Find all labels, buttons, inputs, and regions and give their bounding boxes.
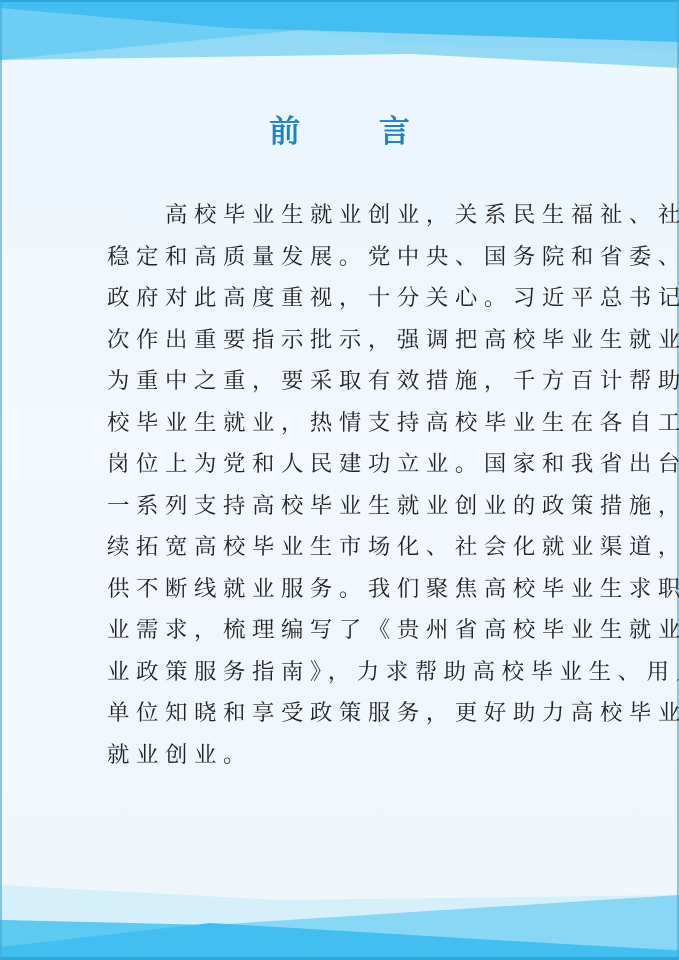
text-line: 岗位上为党和人民建功立业。国家和我省出台了 (107, 444, 577, 486)
text-line: 续拓宽高校毕业生市场化、社会化就业渠道，提 (107, 527, 577, 569)
text-line: 校毕业生就业，热情支持高校毕业生在各自工作 (107, 403, 577, 445)
preface-paragraph: 高校毕业生就业创业，关系民生福祉、社会 稳定和高质量发展。党中央、国务院和省委、… (107, 195, 577, 776)
top-wave-decoration (0, 0, 679, 75)
text-line: 政府对此高度重视，十分关心。习近平总书记多 (107, 278, 577, 320)
text-line: 一系列支持高校毕业生就业创业的政策措施，持 (107, 486, 577, 528)
text-line: 业需求，梳理编写了《贵州省高校毕业生就业创 (107, 610, 577, 652)
page-title: 前 言 (0, 112, 679, 152)
bottom-wave-decoration (0, 865, 679, 960)
text-line: 单位知晓和享受政策服务，更好助力高校毕业生 (107, 693, 577, 735)
text-line: 业政策服务指南》，力求帮助高校毕业生、用人 (107, 652, 577, 694)
text-line: 为重中之重，要采取有效措施，千方百计帮助高 (107, 361, 577, 403)
text-line: 供不断线就业服务。我们聚焦高校毕业生求职创 (107, 569, 577, 611)
text-line: 就业创业。 (107, 735, 577, 777)
text-line: 稳定和高质量发展。党中央、国务院和省委、省 (107, 237, 577, 279)
text-line: 高校毕业生就业创业，关系民生福祉、社会 (107, 195, 577, 237)
text-line: 次作出重要指示批示，强调把高校毕业生就业作 (107, 320, 577, 362)
